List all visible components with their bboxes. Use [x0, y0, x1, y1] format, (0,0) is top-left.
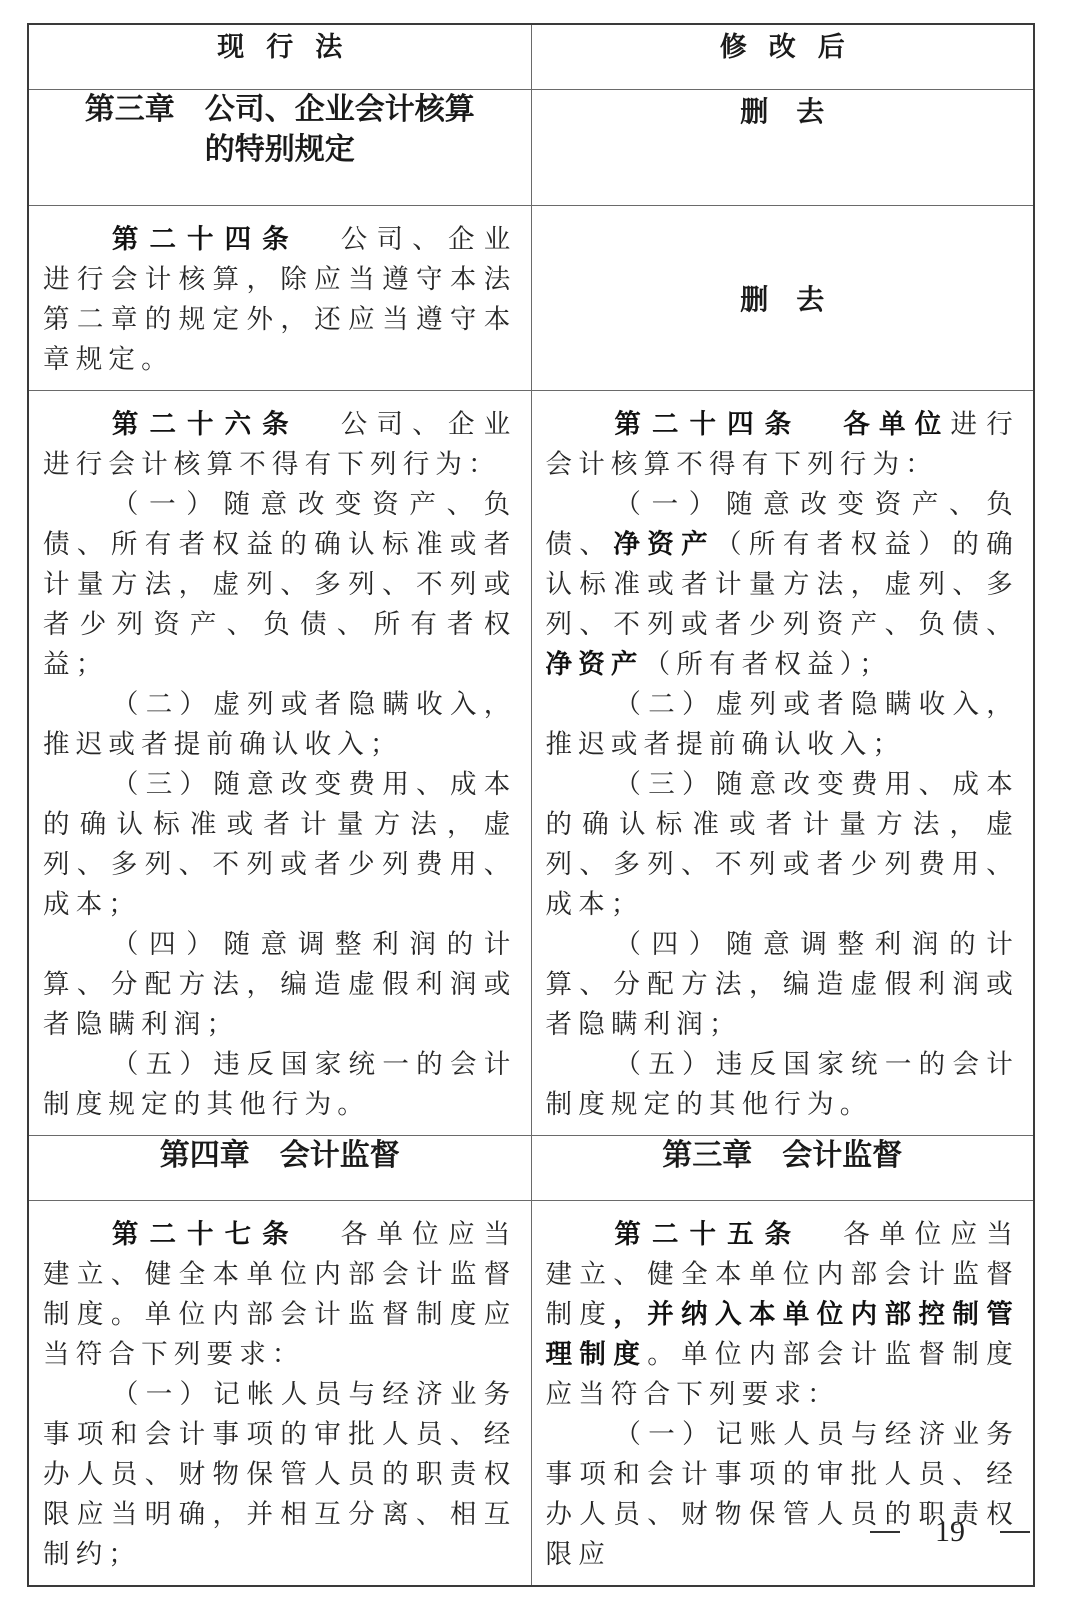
chapter-title: 第四章 会计监督 — [160, 1136, 400, 1176]
article-number: 第二十五条 — [614, 1219, 802, 1250]
cell-current-chapter-4: 第四章 会计监督 — [28, 1136, 531, 1201]
article-number: 第二十七条 — [112, 1219, 300, 1250]
cell-current-article-27: 第二十七条各单位应当建立、健全本单位内部会计监督制度。单位内部会计监督制度应当符… — [28, 1201, 531, 1587]
article-number: 第二十六条 — [112, 409, 300, 440]
article-item: （四）随意调整利润的计算、分配方法，编造虚假利润或者隐瞒利润； — [546, 925, 1020, 1045]
article-number: 第二十四条 — [112, 224, 300, 255]
table-row: 第三章 公司、企业会计核算 的特别规定 删去 — [28, 90, 1034, 206]
column-header-current-label: 现行法 — [195, 32, 364, 63]
cell-revised-chapter-3: 删去 — [531, 90, 1034, 206]
cell-current-article-26: 第二十六条公司、企业进行会计核算不得有下列行为： （一）随意改变资产、负债、所有… — [28, 391, 531, 1136]
document-page: 现行法 修改后 第三章 公司、企业会计核算 的特别规定 删去 第二十四条公司、企… — [0, 0, 1080, 1598]
article-item: （二）虚列或者隐瞒收入，推迟或者提前确认收入； — [546, 685, 1020, 765]
article-number: 第二十四条 — [614, 409, 802, 440]
column-header-revised: 修改后 — [531, 24, 1034, 90]
cell-revised-article-24: 删去 — [531, 206, 1034, 391]
column-header-revised-label: 修改后 — [698, 32, 867, 63]
deleted-marker: 删去 — [712, 95, 852, 128]
amended-text: 净资产 — [546, 649, 644, 680]
amended-text: 各单位 — [840, 409, 950, 440]
article-item: （一）随意改变资产、负债、净资产（所有者权益）的确认标准或者计量方法，虚列、多列… — [546, 485, 1020, 685]
column-header-current: 现行法 — [28, 24, 531, 90]
dash-right — [1000, 1531, 1030, 1533]
deleted-marker: 删去 — [712, 283, 852, 316]
page-number: 19 — [935, 1515, 965, 1549]
article-item: （三）随意改变费用、成本的确认标准或者计量方法，虚列、多列、不列或者少列费用、成… — [546, 765, 1020, 925]
cell-current-chapter-3: 第三章 公司、企业会计核算 的特别规定 — [28, 90, 531, 206]
page-number-footer: 19 — [870, 1515, 1030, 1549]
article-item: （一）记帐人员与经济业务事项和会计事项的审批人员、经办人员、财物保管人员的职责权… — [43, 1375, 517, 1575]
article-item: （五）违反国家统一的会计制度规定的其他行为。 — [43, 1045, 517, 1125]
table-row: 第二十六条公司、企业进行会计核算不得有下列行为： （一）随意改变资产、负债、所有… — [28, 391, 1034, 1136]
cell-revised-article-24-new: 第二十四条各单位进行会计核算不得有下列行为： （一）随意改变资产、负债、净资产（… — [531, 391, 1034, 1136]
comparison-table: 现行法 修改后 第三章 公司、企业会计核算 的特别规定 删去 第二十四条公司、企… — [27, 23, 1035, 1587]
article-item: （五）违反国家统一的会计制度规定的其他行为。 — [546, 1045, 1020, 1125]
chapter-title: 第三章 公司、企业会计核算 的特别规定 — [85, 90, 475, 170]
article-item: （一）记账人员与经济业务事项和会计事项的审批人员、经办人员、财物保管人员的职责权… — [546, 1415, 1020, 1575]
table-row: 第四章 会计监督 第三章 会计监督 — [28, 1136, 1034, 1201]
cell-current-article-24: 第二十四条公司、企业进行会计核算，除应当遵守本法第二章的规定外，还应当遵守本章规… — [28, 206, 531, 391]
amended-text: 净资产 — [613, 529, 715, 560]
dash-left — [870, 1531, 900, 1533]
table-header-row: 现行法 修改后 — [28, 24, 1034, 90]
article-item: （四）随意调整利润的计算、分配方法，编造虚假利润或者隐瞒利润； — [43, 925, 517, 1045]
chapter-title: 第三章 会计监督 — [662, 1136, 902, 1176]
cell-revised-chapter-3: 第三章 会计监督 — [531, 1136, 1034, 1201]
table-row: 第二十四条公司、企业进行会计核算，除应当遵守本法第二章的规定外，还应当遵守本章规… — [28, 206, 1034, 391]
article-item: （二）虚列或者隐瞒收入，推迟或者提前确认收入； — [43, 685, 517, 765]
article-item: （一）随意改变资产、负债、所有者权益的确认标准或者计量方法，虚列、多列、不列或者… — [43, 485, 517, 685]
article-item: （三）随意改变费用、成本的确认标准或者计量方法，虚列、多列、不列或者少列费用、成… — [43, 765, 517, 925]
